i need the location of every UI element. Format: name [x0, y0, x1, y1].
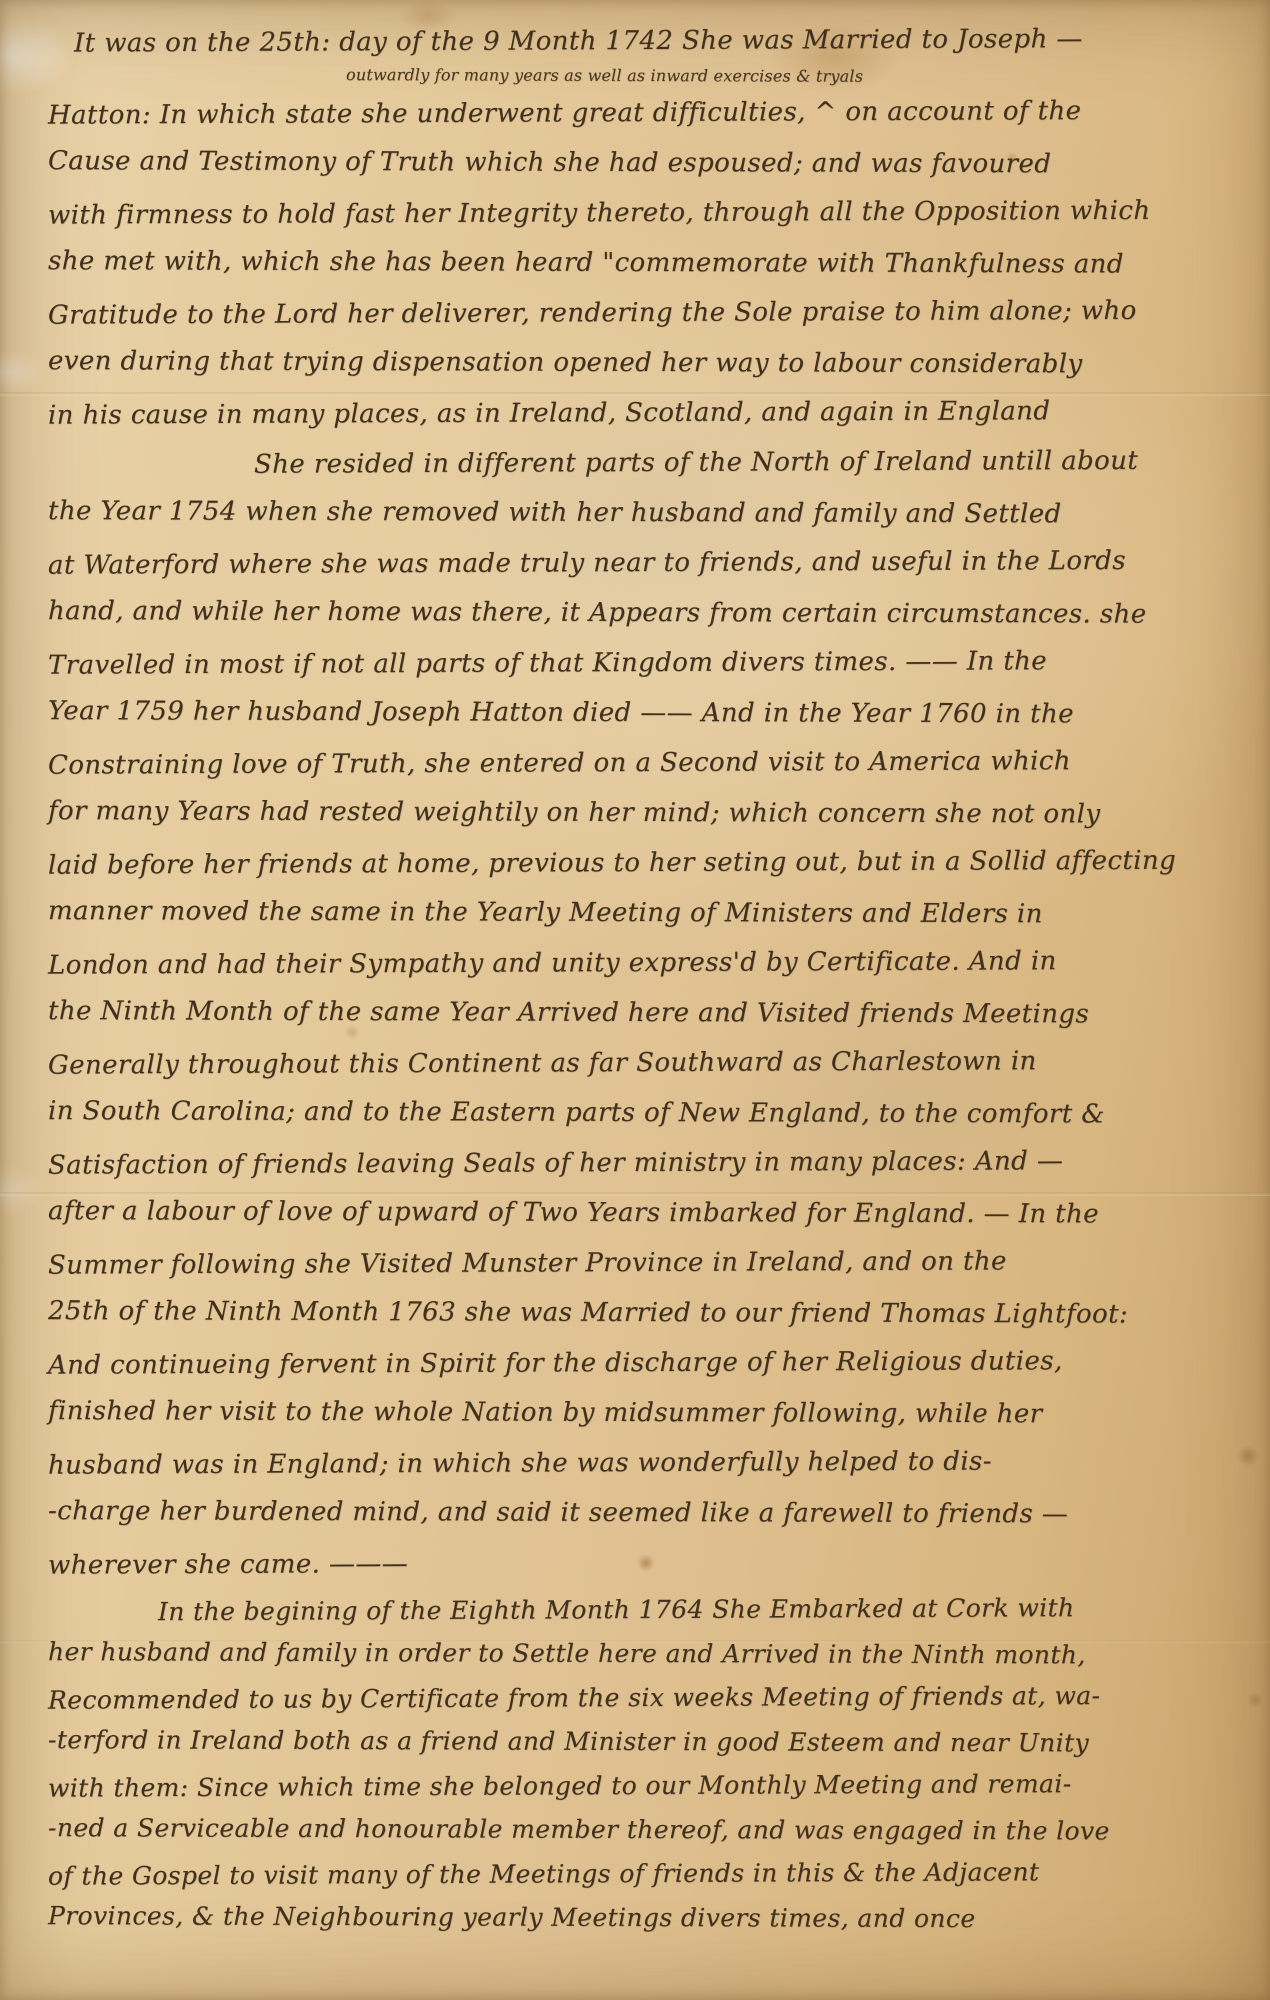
- manuscript-line: laid before her friends at home, previou…: [48, 835, 1244, 890]
- manuscript-line: Hatton: In which state she underwent gre…: [48, 85, 1244, 140]
- manuscript-line: with firmness to hold fast her Integrity…: [48, 185, 1244, 240]
- manuscript-line: husband was in England; in which she was…: [48, 1435, 1244, 1490]
- manuscript-line: Generally throughout this Continent as f…: [48, 1035, 1244, 1090]
- manuscript-line: In the begining of the Eighth Month 1764…: [48, 1585, 1244, 1634]
- manuscript-line: the Year 1754 when she removed with her …: [48, 486, 1244, 540]
- manuscript-line: finished her visit to the whole Nation b…: [48, 1386, 1244, 1440]
- manuscript-line: Year 1759 her husband Joseph Hatton died…: [48, 686, 1244, 740]
- paragraph: It was on the 25th: day of the 9 Month 1…: [48, 16, 1244, 438]
- manuscript-line: She resided in different parts of the No…: [48, 435, 1244, 490]
- manuscript-line: 25th of the Ninth Month 1763 she was Mar…: [48, 1286, 1244, 1340]
- manuscript-line: hand, and while her home was there, it A…: [48, 586, 1244, 640]
- manuscript-line: her husband and family in order to Settl…: [48, 1630, 1244, 1678]
- manuscript-line: at Waterford where she was made truly ne…: [48, 535, 1244, 590]
- manuscript-line: Cause and Testimony of Truth which she h…: [48, 136, 1244, 190]
- manuscript-line: -charge her burdened mind, and said it s…: [48, 1486, 1244, 1540]
- manuscript-line: Constraining love of Truth, she entered …: [48, 735, 1244, 790]
- manuscript-line: Provinces, & the Neighbouring yearly Mee…: [48, 1894, 1244, 1942]
- manuscript-page: It was on the 25th: day of the 9 Month 1…: [0, 0, 1270, 2000]
- manuscript-line: after a labour of love of upward of Two …: [48, 1186, 1244, 1240]
- manuscript-line: Travelled in most if not all parts of th…: [48, 635, 1244, 690]
- manuscript-line: even during that trying dispensation ope…: [48, 336, 1244, 390]
- manuscript-line: London and had their Sympathy and unity …: [48, 935, 1244, 990]
- manuscript-line: in South Carolina; and to the Eastern pa…: [48, 1086, 1244, 1140]
- manuscript-line: for many Years had rested weightily on h…: [48, 786, 1244, 840]
- manuscript-line: Gratitude to the Lord her deliverer, ren…: [48, 285, 1244, 340]
- manuscript-line: It was on the 25th: day of the 9 Month 1…: [48, 13, 1244, 68]
- manuscript-line: of the Gospel to visit many of the Meeti…: [48, 1849, 1244, 1898]
- manuscript-line: -ned a Serviceable and honourable member…: [48, 1806, 1244, 1854]
- manuscript-line: the Ninth Month of the same Year Arrived…: [48, 986, 1244, 1040]
- paragraph: In the begining of the Eighth Month 1764…: [48, 1588, 1244, 1940]
- manuscript-text: It was on the 25th: day of the 9 Month 1…: [48, 16, 1244, 1940]
- manuscript-line: in his cause in many places, as in Irela…: [48, 385, 1244, 440]
- manuscript-line: And continueing fervent in Spirit for th…: [48, 1335, 1244, 1390]
- manuscript-line: wherever she came. ———: [48, 1535, 1244, 1590]
- manuscript-line: Satisfaction of friends leaving Seals of…: [48, 1135, 1244, 1190]
- manuscript-line: Recommended to us by Certificate from th…: [48, 1673, 1244, 1722]
- manuscript-line: she met with, which she has been heard "…: [48, 236, 1244, 290]
- manuscript-line: Summer following she Visited Munster Pro…: [48, 1235, 1244, 1290]
- paragraph: She resided in different parts of the No…: [48, 438, 1244, 1588]
- manuscript-line: manner moved the same in the Yearly Meet…: [48, 886, 1244, 940]
- manuscript-line: with them: Since which time she belonged…: [48, 1761, 1244, 1810]
- manuscript-line: -terford in Ireland both as a friend and…: [48, 1718, 1244, 1766]
